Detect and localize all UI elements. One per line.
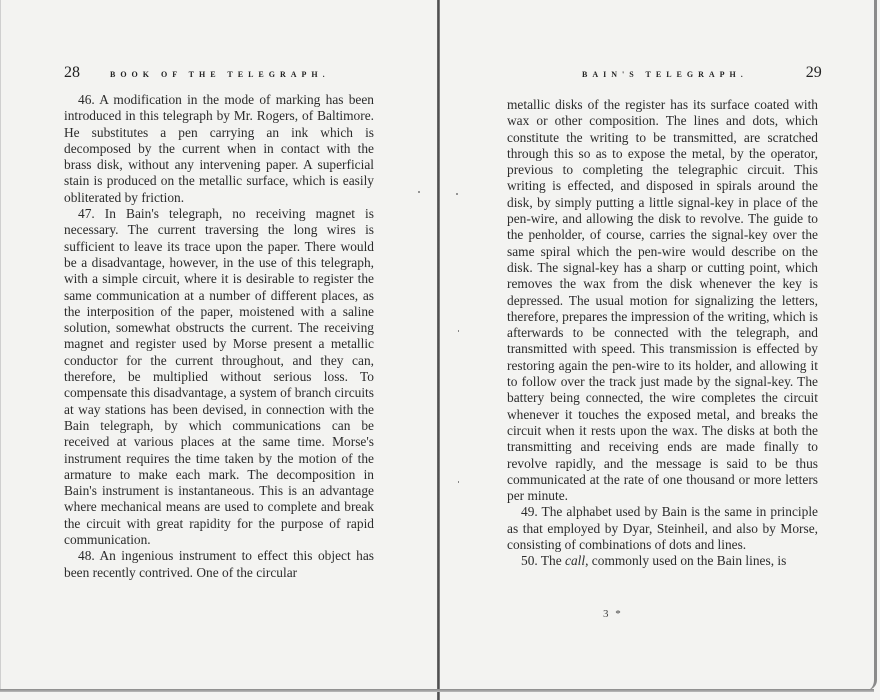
- paragraph-46: 46. A modification in the mode of markin…: [64, 92, 374, 206]
- paragraph-50-tail: , commonly used on the Bain lines, is: [585, 553, 786, 568]
- paragraph-50: 50. The call, commonly used on the Bain …: [507, 553, 818, 569]
- book-spread: 28 Book of the Telegraph. 46. A modifica…: [0, 0, 880, 700]
- page-bottom-edge: [0, 689, 874, 692]
- left-running-head: 28 Book of the Telegraph.: [64, 64, 330, 82]
- right-page: Bain's Telegraph. 29 metallic disks of t…: [440, 0, 877, 690]
- paragraph-49: 49. The alphabet used by Bain is the sam…: [507, 504, 818, 553]
- right-running-head: Bain's Telegraph. 29: [582, 64, 822, 82]
- running-head-title: Bain's Telegraph.: [582, 70, 748, 79]
- italic-term-call: call: [565, 553, 585, 568]
- paragraph-48-continued: metallic disks of the register has its s…: [507, 97, 818, 504]
- paragraph-50-lead: 50. The: [521, 553, 565, 568]
- book-gutter: [437, 0, 440, 700]
- left-text-block: 46. A modification in the mode of markin…: [64, 92, 374, 581]
- left-page: 28 Book of the Telegraph. 46. A modifica…: [0, 0, 440, 690]
- paragraph-47: 47. In Bain's telegraph, no receiving ma…: [64, 206, 374, 548]
- page-number: 28: [64, 64, 80, 82]
- scan-speck: [458, 481, 459, 483]
- right-text-block: metallic disks of the register has its s…: [507, 97, 818, 570]
- scan-speck: [418, 191, 420, 193]
- page-number: 29: [806, 64, 822, 82]
- signature-mark: 3 *: [603, 608, 623, 620]
- scan-speck: [458, 330, 459, 332]
- paragraph-48: 48. An ingenious instrument to effect th…: [64, 548, 374, 581]
- running-head-title: Book of the Telegraph.: [110, 70, 330, 79]
- scan-speck: [456, 193, 458, 195]
